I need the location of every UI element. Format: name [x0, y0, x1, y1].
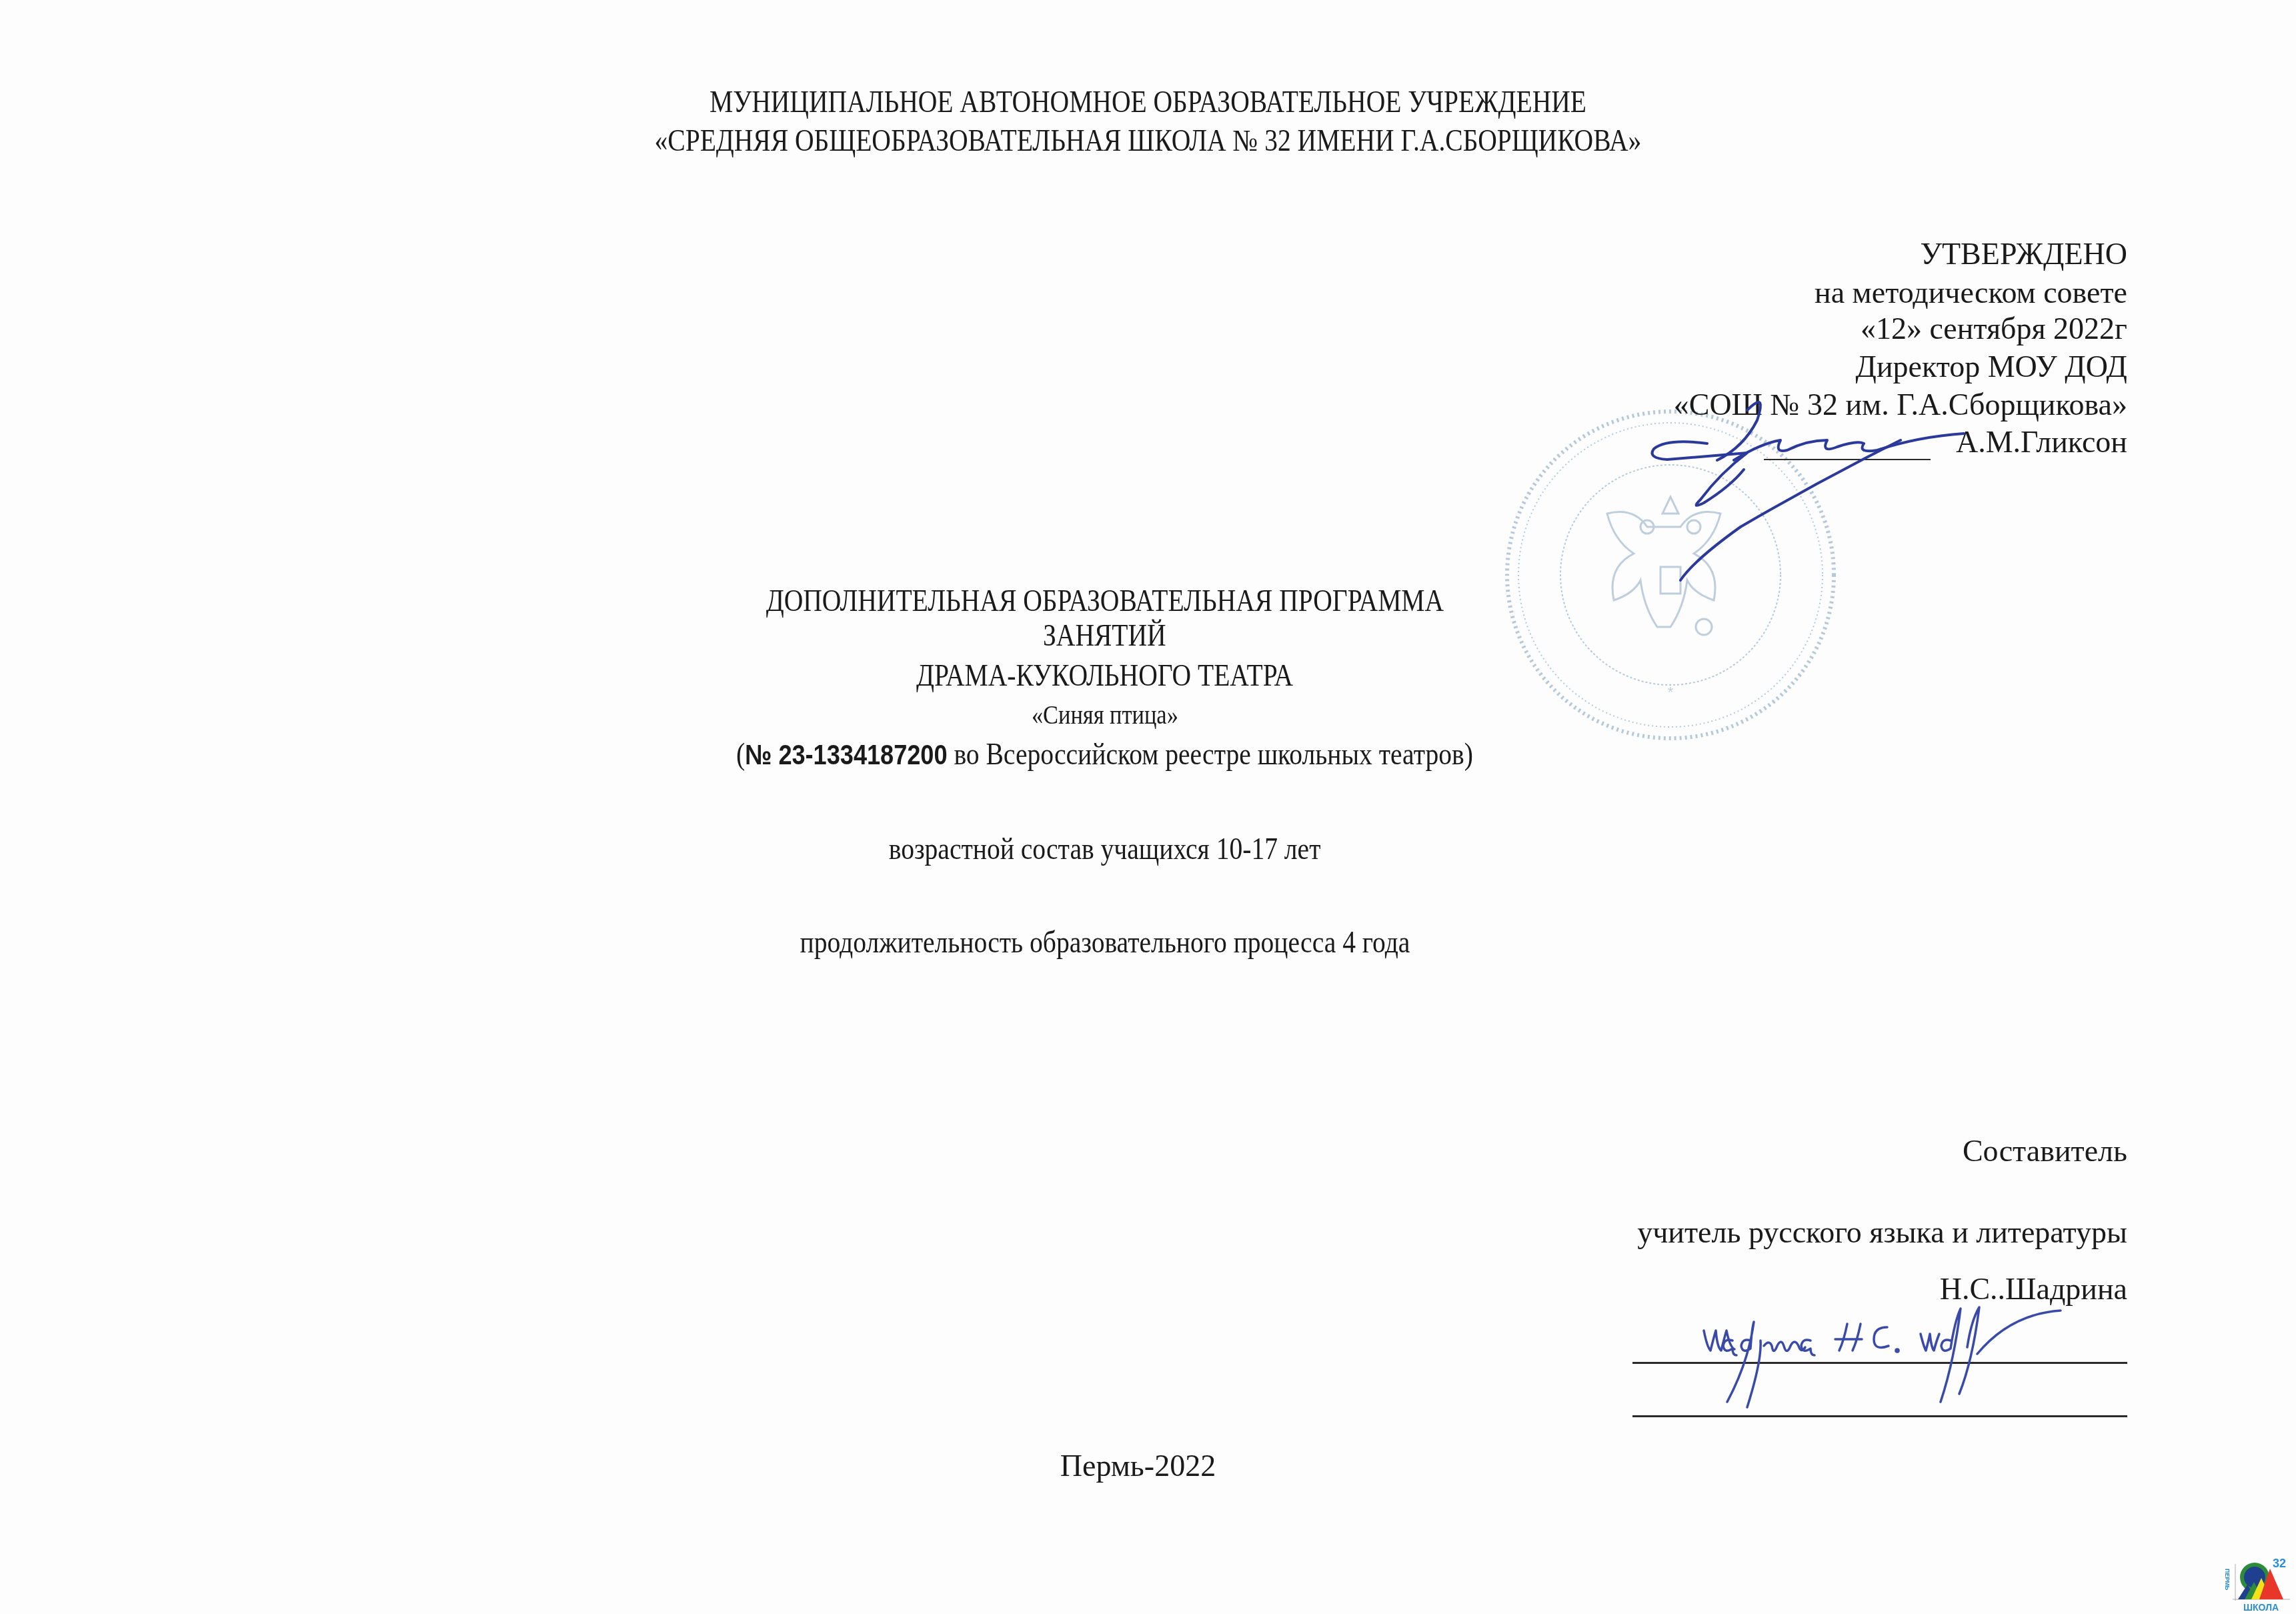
approval-school: «СОШ № 32 им. Г.А.Сборщикова»: [1674, 389, 2127, 420]
age-range: возрастной состав учащихся 10-17 лет: [0, 834, 2296, 864]
school-logo-icon: 32 ПЕРМЬ ШКОЛА: [2225, 1547, 2291, 1614]
svg-text:32: 32: [2273, 1557, 2286, 1570]
program-title-line2: ЗАНЯТИЙ: [0, 620, 2296, 651]
registry-number: № 23-1334187200: [745, 739, 947, 770]
approval-date: «12» сентября 2022г: [1861, 313, 2127, 344]
approval-position: Директор МОУ ДОД: [1856, 351, 2127, 382]
program-duration: продолжительность образовательного проце…: [0, 927, 2296, 958]
approval-title: УТВЕРЖДЕНО: [1920, 239, 2127, 269]
author-position: учитель русского языка и литературы: [1637, 1217, 2127, 1248]
author-signature-line-2: [1632, 1415, 2127, 1417]
director-signature-line: [1764, 459, 1931, 460]
school-header-line1: МУНИЦИПАЛЬНОЕ АВТОНОМНОЕ ОБРАЗОВАТЕЛЬНОЕ…: [0, 87, 2296, 117]
svg-text:ШКОЛА: ШКОЛА: [2243, 1602, 2279, 1613]
author-signature-line-1: [1632, 1362, 2127, 1364]
svg-text:ПЕРМЬ: ПЕРМЬ: [2225, 1569, 2231, 1591]
approval-director: А.М.Гликсон: [1956, 427, 2127, 458]
theatre-name: «Синяя птица»: [0, 702, 2296, 728]
document-page: МУНИЦИПАЛЬНОЕ АВТОНОМНОЕ ОБРАЗОВАТЕЛЬНОЕ…: [0, 0, 2296, 1614]
program-title-line3: ДРАМА-КУКОЛЬНОГО ТЕАТРА: [0, 660, 2296, 691]
school-header-line2: «СРЕДНЯЯ ОБЩЕОБРАЗОВАТЕЛЬНАЯ ШКОЛА № 32 …: [0, 125, 2296, 156]
program-title-line1: ДОПОЛНИТЕЛЬНАЯ ОБРАЗОВАТЕЛЬНАЯ ПРОГРАММА: [0, 586, 2296, 616]
author-label: Составитель: [1963, 1136, 2127, 1166]
author-name: Н.С..Шадрина: [1940, 1274, 2127, 1305]
registry-info: (№ 23-1334187200 во Всероссийском реестр…: [0, 739, 2296, 770]
director-signature-icon: [1652, 402, 1965, 580]
author-signature-icon: [1704, 1307, 2061, 1407]
city-year: Пермь-2022: [0, 1451, 2296, 1481]
approval-council: на методическом совете: [1815, 277, 2127, 308]
